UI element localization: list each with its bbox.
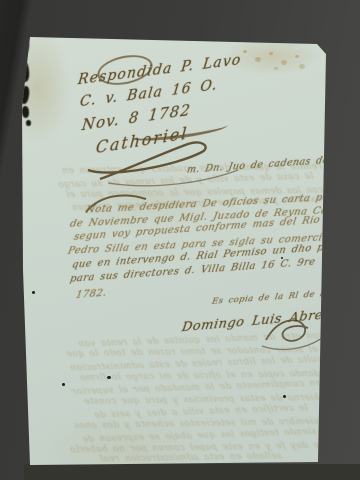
binding-tear [26,120,31,126]
photo-background-bottom [24,464,360,480]
ink-speck [62,383,65,386]
binding-tear [22,106,30,118]
foxing-stains [243,50,247,53]
ink-speck [32,291,35,294]
manuscript-page: se remite la quenta de los caudales que … [0,0,360,480]
scanned-document-photo: se remite la quenta de los caudales que … [0,0,360,480]
body-line-7: 1782. [75,288,108,301]
bleedthrough-line: sellado en esta administracion real [99,451,283,464]
